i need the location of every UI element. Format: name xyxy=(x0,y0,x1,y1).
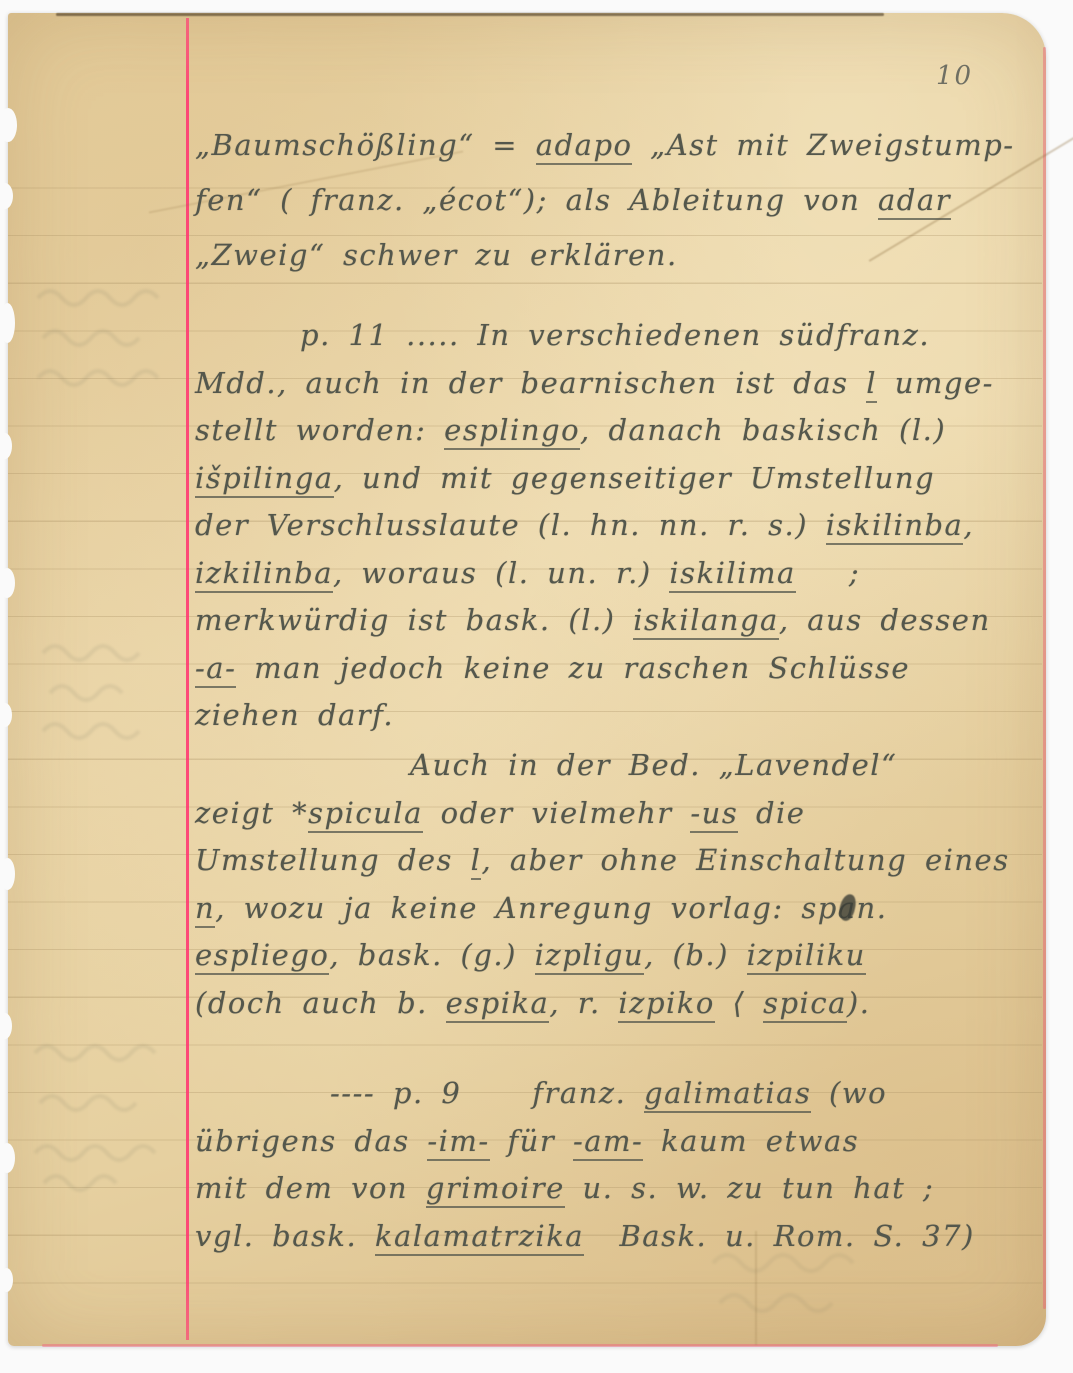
manuscript-line: vgl. bask. kalamatrzika Bask. u. Rom. S.… xyxy=(195,1213,1027,1261)
torn-edge-notch xyxy=(0,433,12,459)
torn-edge-notch xyxy=(0,858,15,890)
text-segment: Mdd., auch in der bearnischen ist das xyxy=(195,366,866,400)
text-segment: , wozu ja keine Anregung vorlag: span. xyxy=(215,891,887,925)
torn-edge-notch xyxy=(0,1143,15,1173)
text-segment: ; xyxy=(796,556,860,590)
text-segment: vgl. bask. xyxy=(195,1219,375,1253)
torn-edge-notch xyxy=(0,1013,12,1039)
text-segment: , danach baskisch (l.) xyxy=(580,413,946,447)
text-segment: (doch auch b. xyxy=(195,986,446,1020)
text-segment: übrigens das xyxy=(195,1124,427,1158)
text-segment: , bask. (g.) xyxy=(329,938,534,972)
manuscript-line: „Zweig“ schwer zu erklären. xyxy=(195,228,1027,283)
text-segment: oder vielmehr xyxy=(423,796,691,830)
underlined-word: n xyxy=(195,891,215,928)
paper-top-edge-shadow xyxy=(56,13,884,16)
underlined-word: galimatias xyxy=(644,1076,811,1113)
manuscript-line: fen“ ( franz. „écot“); als Ableitung von… xyxy=(195,173,1027,228)
text-segment: ---- p. 9 franz. xyxy=(330,1076,644,1110)
underlined-word: adapo xyxy=(536,128,633,165)
manuscript-line: n, wozu ja keine Anregung vorlag: span. xyxy=(195,885,1027,933)
text-segment: umge- xyxy=(877,366,994,400)
text-segment: ziehen darf. xyxy=(195,698,394,732)
text-segment: „Baumschößling“ = xyxy=(195,128,536,162)
paragraph-p9-galimatias: ---- p. 9 franz. galimatias (woübrigens … xyxy=(195,1070,1027,1260)
underlined-word: l xyxy=(866,366,877,403)
text-segment: Auch in der Bed. „Lavendel“ xyxy=(410,748,897,782)
scanned-page-view: 10 „Baumschößling“ = adapo „Ast mit Zwei… xyxy=(0,0,1073,1373)
manuscript-line: stellt worden: esplingo, danach baskisch… xyxy=(195,407,1027,455)
manuscript-line: ---- p. 9 franz. galimatias (wo xyxy=(195,1070,1027,1118)
pink-margin-rule-line xyxy=(186,18,189,1340)
underlined-word: grimoire xyxy=(426,1171,565,1208)
underlined-word: -im- xyxy=(427,1124,489,1161)
underlined-word: -a- xyxy=(195,651,236,688)
underlined-word: išpilinga xyxy=(195,461,334,498)
manuscript-line: „Baumschößling“ = adapo „Ast mit Zweigst… xyxy=(195,118,1027,173)
text-segment: die xyxy=(738,796,805,830)
manuscript-line: išpilinga, und mit gegenseitiger Umstell… xyxy=(195,455,1027,503)
underlined-word: l xyxy=(471,843,482,880)
underlined-word: iskilinba xyxy=(826,508,964,545)
text-segment: p. 11 ..... In verschiedenen südfranz. xyxy=(300,318,930,352)
text-segment: stellt worden: xyxy=(195,413,444,447)
manuscript-line: p. 11 ..... In verschiedenen südfranz. xyxy=(195,312,1027,360)
torn-edge-notch xyxy=(0,183,13,209)
text-segment: „Ast mit Zweigstump- xyxy=(632,128,1014,162)
underlined-word: izkilinba xyxy=(195,556,333,593)
text-segment: Bask. u. Rom. S. 37) xyxy=(584,1219,975,1253)
underlined-word: esplingo xyxy=(444,413,580,450)
text-segment: fen“ ( franz. „écot“); als Ableitung von xyxy=(195,183,878,217)
text-segment: für xyxy=(490,1124,573,1158)
text-segment: , xyxy=(963,508,974,542)
manuscript-line: (doch auch b. espika, r. izpiko ⟨ spica)… xyxy=(195,980,1027,1028)
torn-edge-notch xyxy=(0,1268,13,1292)
manuscript-line: übrigens das -im- für -am- kaum etwas xyxy=(195,1118,1027,1166)
text-segment: „Zweig“ schwer zu erklären. xyxy=(195,238,678,272)
paragraph-p11-esplingo: p. 11 ..... In verschiedenen südfranz.Md… xyxy=(195,312,1027,740)
underlined-word: -am- xyxy=(573,1124,643,1161)
manuscript-line: ziehen darf. xyxy=(195,692,1027,740)
underlined-word: adar xyxy=(878,183,951,220)
underlying-sheet-edge-right xyxy=(1043,47,1046,1309)
underlined-word: izpligu xyxy=(535,938,644,975)
underlined-word: spicula xyxy=(308,796,423,833)
manuscript-line: zeigt *spicula oder vielmehr -us die xyxy=(195,790,1027,838)
text-segment: , aber ohne Einschaltung eines xyxy=(481,843,1009,877)
text-segment: man jedoch keine zu raschen Schlüsse xyxy=(236,651,910,685)
text-segment: , (b.) xyxy=(644,938,747,972)
manuscript-line: Mdd., auch in der bearnischen ist das l … xyxy=(195,360,1027,408)
text-segment: merkwürdig ist bask. (l.) xyxy=(195,603,633,637)
underlined-word: izpiliku xyxy=(747,938,866,975)
text-segment: mit dem von xyxy=(195,1171,426,1205)
underlined-word: espliego xyxy=(195,938,329,975)
paragraph-lavendel-spicula: Auch in der Bed. „Lavendel“zeigt *spicul… xyxy=(195,742,1027,1027)
underlined-word: espika xyxy=(446,986,550,1023)
underlying-sheet-edge-bottom xyxy=(42,1344,998,1347)
manuscript-line: Auch in der Bed. „Lavendel“ xyxy=(195,742,1027,790)
underlined-word: -us xyxy=(690,796,738,833)
manuscript-line: merkwürdig ist bask. (l.) iskilanga, aus… xyxy=(195,597,1027,645)
show-through-ghost-writing xyxy=(33,283,183,403)
manuscript-line: espliego, bask. (g.) izpligu, (b.) izpil… xyxy=(195,932,1027,980)
text-segment: ⟨ xyxy=(715,986,763,1020)
text-segment: , aus dessen xyxy=(779,603,991,637)
manuscript-line: mit dem von grimoire u. s. w. zu tun hat… xyxy=(195,1165,1027,1213)
underlined-word: iskilima xyxy=(669,556,795,593)
text-segment: zeigt * xyxy=(195,796,308,830)
text-segment: kaum etwas xyxy=(643,1124,859,1158)
underlined-word: spica xyxy=(763,986,847,1023)
text-segment: Umstellung des xyxy=(195,843,471,877)
paragraph-baumschoessling: „Baumschößling“ = adapo „Ast mit Zweigst… xyxy=(195,118,1027,283)
underlined-word: izpiko xyxy=(618,986,714,1023)
manuscript-paper-sheet: 10 „Baumschößling“ = adapo „Ast mit Zwei… xyxy=(8,13,1046,1346)
text-segment: , und mit gegenseitiger Umstellung xyxy=(334,461,936,495)
manuscript-line: izkilinba, woraus (l. un. r.) iskilima ; xyxy=(195,550,1027,598)
text-segment: , r. xyxy=(549,986,618,1020)
page-number: 10 xyxy=(936,61,973,91)
text-segment: der Verschlusslaute (l. hn. nn. r. s.) xyxy=(195,508,826,542)
manuscript-line: -a- man jedoch keine zu raschen Schlüsse xyxy=(195,645,1027,693)
manuscript-line: der Verschlusslaute (l. hn. nn. r. s.) i… xyxy=(195,502,1027,550)
torn-edge-notch xyxy=(0,108,17,142)
underlined-word: kalamatrzika xyxy=(375,1219,584,1256)
torn-edge-notch xyxy=(0,303,15,343)
underlined-word: iskilanga xyxy=(633,603,779,640)
torn-edge-notch xyxy=(0,703,12,727)
show-through-ghost-writing xyxy=(38,633,178,743)
text-segment: (wo xyxy=(811,1076,887,1110)
manuscript-line: Umstellung des l, aber ohne Einschaltung… xyxy=(195,837,1027,885)
show-through-ghost-writing xyxy=(30,1033,180,1193)
text-segment: , woraus (l. un. r.) xyxy=(333,556,669,590)
torn-edge-notch xyxy=(0,568,15,598)
text-segment: ). xyxy=(847,986,871,1020)
text-segment: u. s. w. zu tun hat ; xyxy=(565,1171,934,1205)
